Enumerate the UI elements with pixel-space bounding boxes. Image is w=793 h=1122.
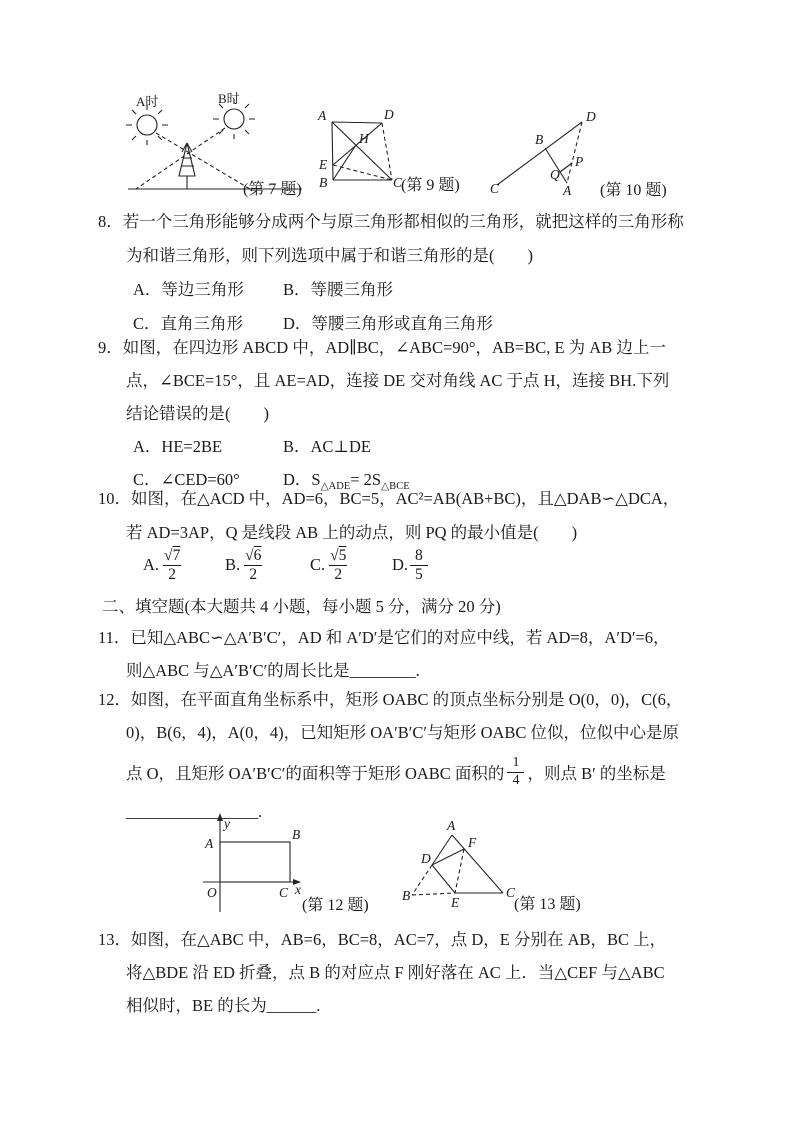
- vertex-label-b: B: [319, 175, 327, 190]
- vertex-label-d: D: [420, 851, 431, 866]
- vertex-label-d: D: [383, 107, 394, 122]
- vertex-label-q: Q: [550, 167, 560, 182]
- q12-line-2: 0)，B(6，4)，A(0，4)，已知矩形 OA′B′C′与矩形 OABC 位似…: [98, 716, 710, 749]
- question-12: 12．如图，在平面直角坐标系中，矩形 OABC 的顶点坐标分别是 O(0，0)，…: [98, 683, 710, 828]
- q9-line-1: 9．如图，在四边形 ABCD 中，AD∥BC，∠ABC=90°，AB=BC, E…: [98, 331, 710, 364]
- section-2-header: 二、填空题(本大题共 4 小题，每小题 5 分，满分 20 分): [102, 590, 714, 624]
- axis-label-x: x: [294, 882, 301, 897]
- vertex-label-b: B: [292, 827, 300, 842]
- q8-option-b: B．等腰三角形: [283, 273, 393, 307]
- figure-q13-caption: (第 13 题): [514, 895, 581, 913]
- vertex-label-a: A: [317, 108, 327, 123]
- question-11: 11．已知△ABC∽△A′B′C′，AD 和 A′D′是它们的对应中线，若 AD…: [98, 621, 710, 687]
- figure-q13: A F D B E C (第 13 题): [400, 813, 600, 915]
- q10-options-row: A. √72 B. √62 C. √52 D. 85: [98, 537, 710, 593]
- figure-q10-caption: (第 10 题): [600, 181, 667, 199]
- figure-q12: y x A B O C (第 12 题): [195, 812, 383, 917]
- question-8: 8．若一个三角形能够分成两个与原三角形都相似的三角形，就把这样的三角形称 为和谐…: [98, 205, 710, 341]
- figure-q7: A时 B时 (第 7 题): [110, 86, 345, 200]
- q13-line-2: 将△BDE 沿 ED 折叠，点 B 的对应点 F 刚好落在 AC 上．当△CEF…: [98, 956, 710, 989]
- q10-option-a: A. √72: [143, 537, 183, 593]
- figure-q7-caption: (第 7 题): [243, 180, 302, 198]
- sun-b-label: B时: [218, 91, 240, 106]
- vertex-label-b: B: [402, 888, 410, 903]
- figure-q12-caption: (第 12 题): [302, 896, 369, 914]
- vertex-label-d: D: [585, 109, 596, 124]
- section-2-title: 二、填空题(本大题共 4 小题，每小题 5 分，满分 20 分): [102, 590, 714, 624]
- sun-a-icon: [126, 105, 168, 145]
- q8-line-2: 为和谐三角形，则下列选项中属于和谐三角形的是( ): [98, 239, 710, 273]
- q9-line-3: 结论错误的是( ): [98, 397, 710, 430]
- vertex-label-f: F: [467, 835, 477, 850]
- question-13: 13．如图，在△ABC 中，AB=6，BC=8，AC=7，点 D，E 分别在 A…: [98, 923, 710, 1022]
- q13-line-3: 相似时，BE 的长为______.: [98, 989, 710, 1022]
- one-quarter-fraction: 14: [507, 755, 524, 788]
- vertex-label-p: P: [574, 154, 583, 169]
- origin-label-o: O: [207, 885, 217, 900]
- figure-q9: A D E B C H (第 9 题): [312, 100, 504, 200]
- vertex-label-a: A: [562, 183, 572, 198]
- q9-option-a: A．HE=2BE: [133, 430, 283, 463]
- vertex-label-b: B: [535, 132, 543, 147]
- vertex-label-e: E: [450, 895, 460, 910]
- tree-icon: [179, 143, 195, 189]
- vertex-label-a: A: [446, 818, 456, 833]
- q11-line-1: 11．已知△ABC∽△A′B′C′，AD 和 A′D′是它们的对应中线，若 AD…: [98, 621, 710, 654]
- vertex-label-e: E: [318, 157, 328, 172]
- q10-option-b: B. √62: [225, 537, 264, 593]
- figure-q10: C B D P Q A (第 10 题): [490, 95, 695, 207]
- q9-option-b: B．AC⊥DE: [283, 430, 371, 463]
- vertex-label-c: C: [279, 885, 289, 900]
- rectangle-oabc: [220, 842, 290, 882]
- q10-option-c: C. √52: [310, 537, 349, 593]
- q8-options-row-1: A．等边三角形 B．等腰三角形: [98, 273, 710, 307]
- q8-line-1: 8．若一个三角形能够分成两个与原三角形都相似的三角形，就把这样的三角形称: [98, 205, 710, 239]
- q9-options-row-1: A．HE=2BE B．AC⊥DE: [98, 430, 710, 463]
- question-9: 9．如图，在四边形 ABCD 中，AD∥BC，∠ABC=90°，AB=BC, E…: [98, 331, 710, 496]
- shadow-ray-lines: [136, 128, 250, 189]
- q10-option-d: D. 85: [392, 537, 428, 593]
- exam-page: A时 B时 (第 7 题): [0, 0, 793, 1122]
- q12-line-3: 点 O，且矩形 OA′B′C′的面积等于矩形 OABC 面积的 14 ，则点 B…: [98, 749, 710, 795]
- q12-line-1: 12．如图，在平面直角坐标系中，矩形 OABC 的顶点坐标分别是 O(0，0)，…: [98, 683, 710, 716]
- q8-option-a: A．等边三角形: [133, 273, 283, 307]
- y-axis-arrow-icon: [217, 813, 223, 821]
- q9-line-2: 点，∠BCE=15°，且 AE=AD，连接 DE 交对角线 AC 于点 H，连接…: [98, 364, 710, 397]
- figure-q9-caption: (第 9 题): [401, 176, 460, 194]
- q10-line-1: 10．如图，在△ACD 中，AD=6，BC=5，AC²=AB(AB+BC)，且△…: [98, 482, 710, 516]
- q13-line-1: 13．如图，在△ABC 中，AB=6，BC=8，AC=7，点 D，E 分别在 A…: [98, 923, 710, 956]
- axis-label-y: y: [222, 816, 230, 831]
- vertex-label-a: A: [204, 836, 214, 851]
- vertex-label-h: H: [358, 131, 370, 146]
- vertex-label-c: C: [490, 181, 500, 196]
